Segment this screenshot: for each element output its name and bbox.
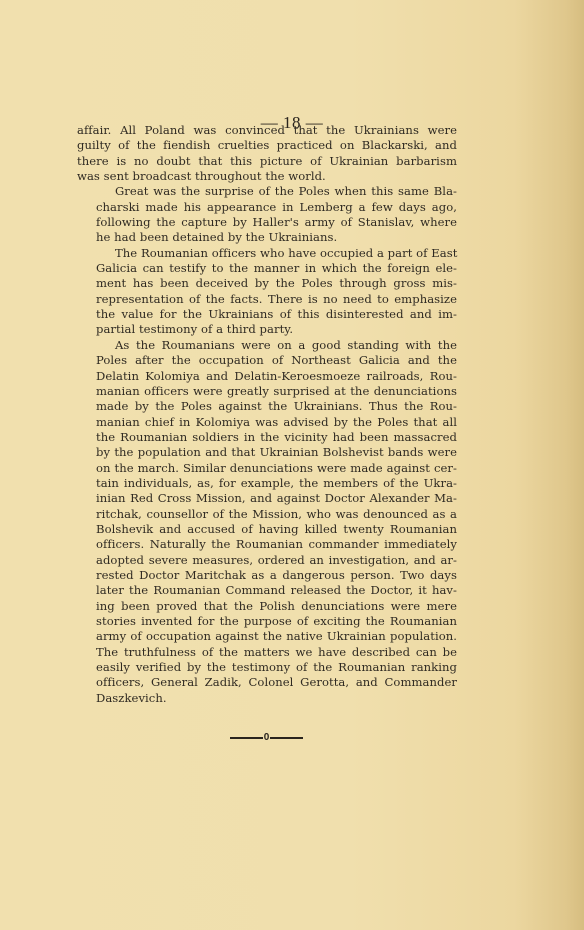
text-line: manian officers were greatly surprised a… (77, 384, 457, 399)
text-line: officers. Naturally the Roumanian comman… (77, 537, 457, 552)
text-line: the Roumanian soldiers in the vicinity h… (77, 430, 457, 445)
text-line: Galicia can testify to the manner in whi… (77, 261, 457, 276)
text-line: on the march. Similar denunciations were… (77, 461, 457, 476)
text-line: Delatin Kolomiya and Delatin-Keroesmoeze… (77, 369, 457, 384)
text-line: tain individuals, as, for example, the m… (77, 476, 457, 491)
text-line: ment has been deceived by the Poles thro… (77, 276, 457, 291)
text-line: stories invented for the purpose of exci… (77, 614, 457, 629)
paragraph: As the Roumanians were on a good standin… (77, 338, 457, 706)
ornament-rule-left (230, 737, 263, 739)
text-line: charski made his appearance in Lemberg a… (77, 200, 457, 215)
text-line: the value for the Ukrainians of this dis… (77, 307, 457, 322)
text-line: inian Red Cross Mission, and against Doc… (77, 491, 457, 506)
text-line: manian chief in Kolomiya was advised by … (77, 415, 457, 430)
text-line: adopted severe measures, ordered an inve… (77, 553, 457, 568)
text-line: army of occupation against the native Uk… (77, 629, 457, 644)
text-line: by the population and that Ukrainian Bol… (77, 445, 457, 460)
text-line: Daszkevich. (77, 691, 457, 706)
text-line: ritchak, counsellor of the Mission, who … (77, 507, 457, 522)
text-line: easily verified by the testimony of the … (77, 660, 457, 675)
paragraph: affair. All Poland was convinced that th… (77, 123, 457, 184)
ornament-glyph: 0 (263, 733, 271, 743)
text-line: As the Roumanians were on a good standin… (77, 338, 457, 353)
text-line: rested Doctor Maritchak as a dangerous p… (77, 568, 457, 583)
text-line: following the capture by Haller's army o… (77, 215, 457, 230)
section-end-ornament: 0 (230, 733, 303, 743)
text-line: Bolshevik and accused of having killed t… (77, 522, 457, 537)
paragraph: Great was the surprise of the Poles when… (77, 184, 457, 245)
text-line: Poles after the occupation of Northeast … (77, 353, 457, 368)
text-line: later the Roumanian Command released the… (77, 583, 457, 598)
body-text: affair. All Poland was convinced that th… (77, 123, 457, 706)
paragraph: The Roumanian officers who have occupied… (77, 246, 457, 338)
text-line: The Roumanian officers who have occupied… (77, 246, 457, 261)
text-line: officers, General Zadik, Colonel Gerotta… (77, 675, 457, 690)
text-line: made by the Poles against the Ukrainians… (77, 399, 457, 414)
text-line: Great was the surprise of the Poles when… (77, 184, 457, 199)
text-line: partial testimony of a third party. (77, 322, 457, 337)
text-line: was sent broadcast throughout the world. (77, 169, 457, 184)
ornament-rule-right (270, 737, 303, 739)
text-line: he had been detained by the Ukrainians. (77, 230, 457, 245)
text-line: there is no doubt that this picture of U… (77, 154, 457, 169)
text-line: ing been proved that the Polish denuncia… (77, 599, 457, 614)
text-line: representation of the facts. There is no… (77, 292, 457, 307)
text-line: The truthfulness of the matters we have … (77, 645, 457, 660)
text-line: affair. All Poland was convinced that th… (77, 123, 457, 138)
text-line: guilty of the fiendish cruelties practic… (77, 138, 457, 153)
